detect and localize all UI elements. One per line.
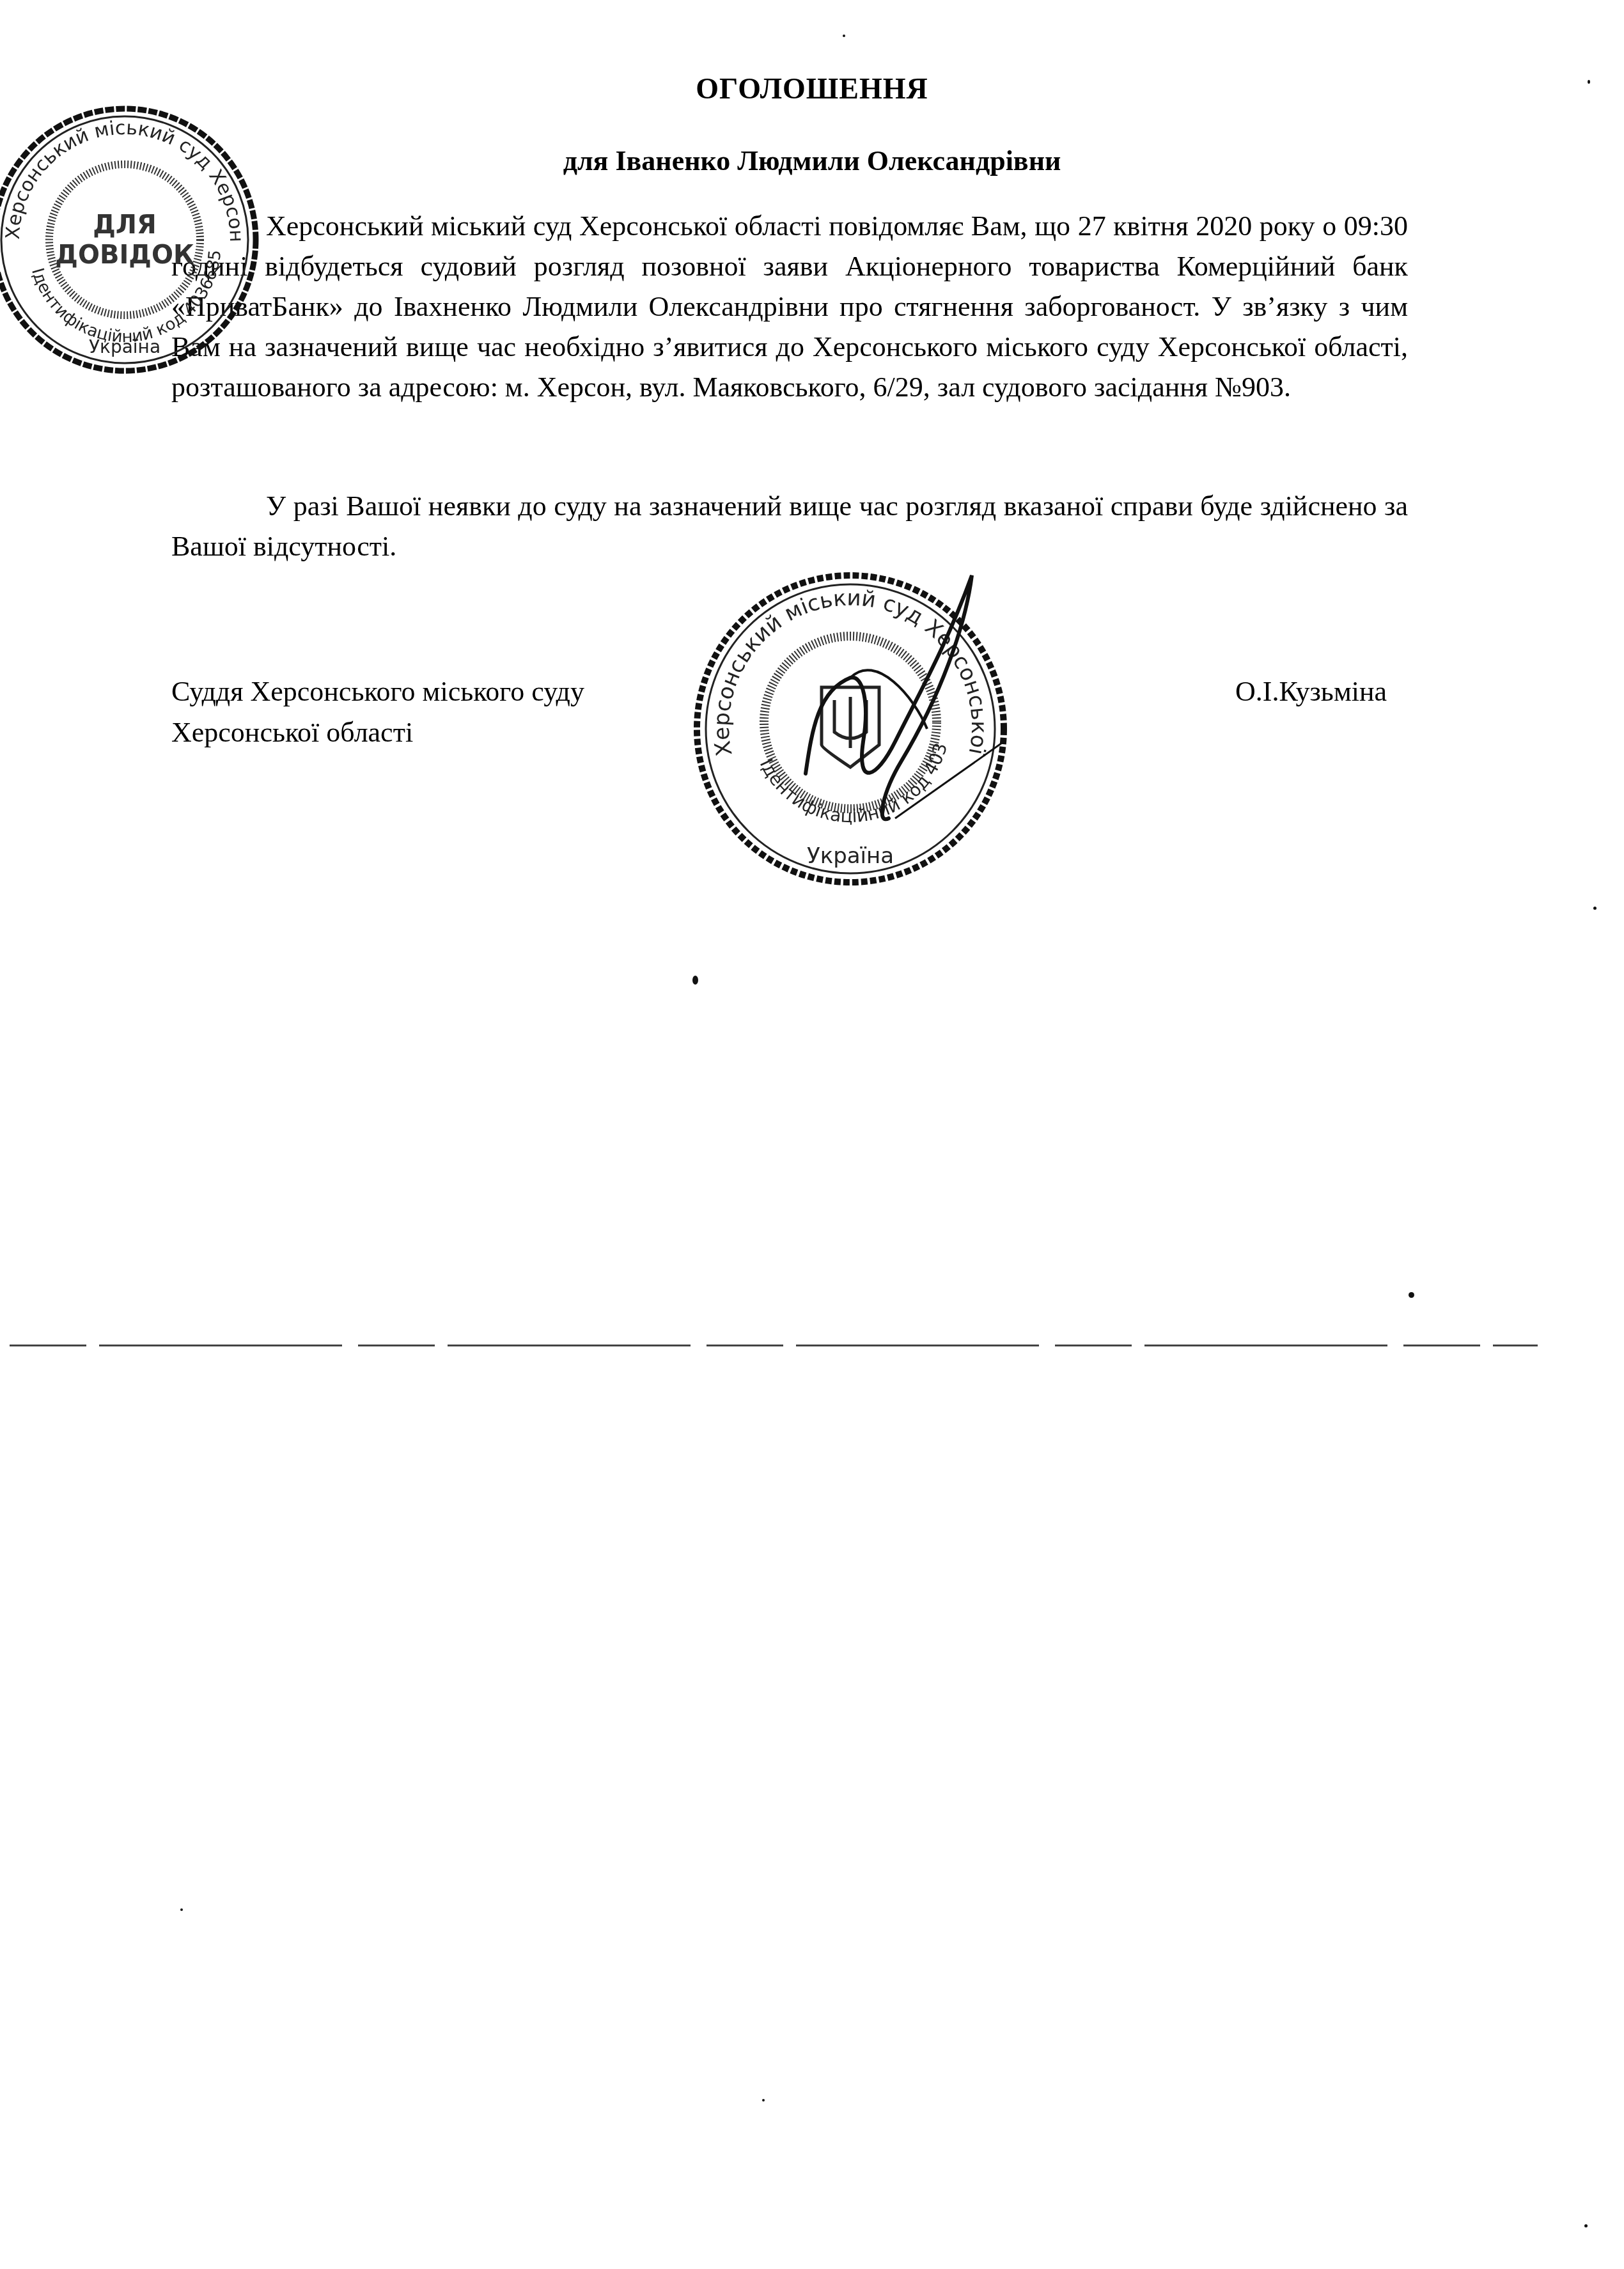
judge-name: О.І.Кузьміна xyxy=(1235,671,1387,712)
scan-speck xyxy=(692,976,698,985)
reference-stamp-center-2: ДОВІДОК xyxy=(55,240,194,270)
reference-stamp-center-1: ДЛЯ xyxy=(93,210,157,240)
scan-speck xyxy=(843,35,845,37)
reference-stamp-country: Україна xyxy=(89,336,160,357)
reference-stamp-icon: Херсонський міський суд Херсонської обла… xyxy=(0,96,269,384)
judge-position: Суддя Херсонського міського суду Херсонс… xyxy=(171,671,584,753)
judge-position-line-2: Херсонської області xyxy=(171,712,584,753)
judge-position-line-1: Суддя Херсонського міського суду xyxy=(171,671,584,712)
scan-speck xyxy=(1409,1292,1414,1298)
judge-signature-icon xyxy=(735,550,1004,869)
scan-speck xyxy=(1593,907,1597,910)
scan-speck xyxy=(180,1908,183,1911)
scan-speck xyxy=(1588,80,1590,84)
document-page: ОГОЛОШЕННЯ для Іваненко Людмили Олександ… xyxy=(0,0,1624,2269)
scan-speck xyxy=(762,2099,765,2101)
scan-fold-line xyxy=(10,1345,1538,1346)
scan-speck xyxy=(1584,2224,1588,2227)
notice-paragraph-1: Херсонський міський суд Херсонської обла… xyxy=(171,206,1408,407)
